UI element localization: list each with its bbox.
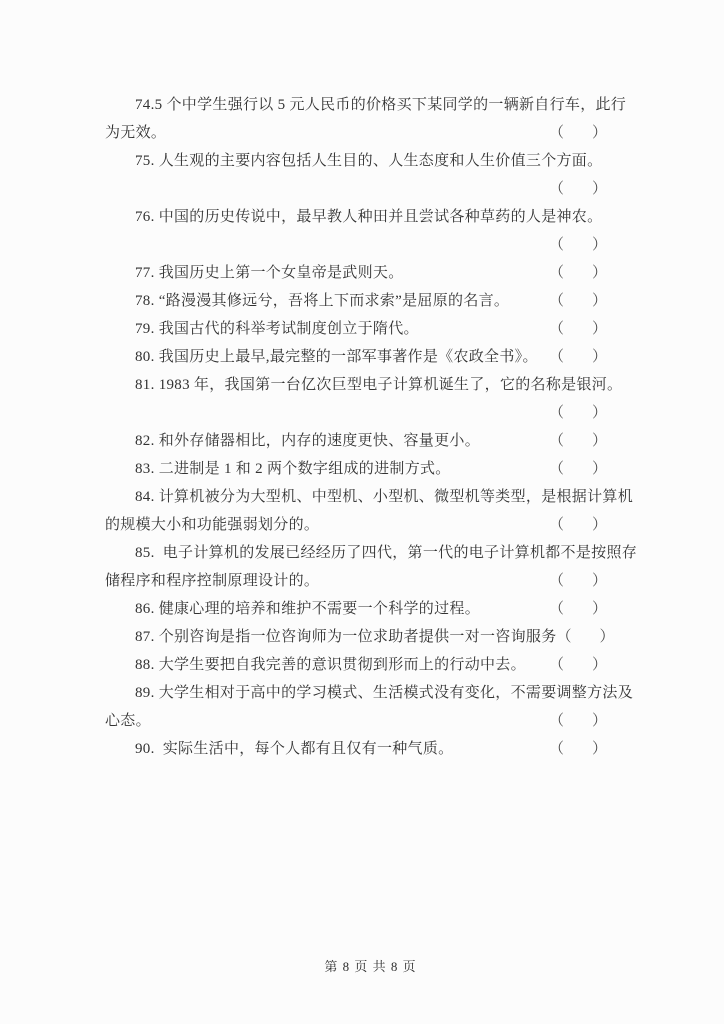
question-line: 81. 1983 年，我国第一台亿次巨型电子计算机诞生了，它的名称是银河。 [105,371,621,399]
paren-open: （ [549,231,564,259]
paren-open: （ [549,287,564,315]
question-text: 74.5 个中学生强行以 5 元人民币的价格买下某同学的一辆新自行车，此行 [105,91,626,119]
paren-close: ） [592,567,607,595]
answer-parens: （） [549,175,607,203]
questions-list: 74.5 个中学生强行以 5 元人民币的价格买下某同学的一辆新自行车，此行为无效… [105,91,621,763]
paren-open: （ [549,343,564,371]
question-text: 82. 和外存储器相比，内存的速度更快、容量更小。 [105,427,480,455]
question-line: 78. “路漫漫其修远兮，吾将上下而求索”是屈原的名言。（） [105,287,621,315]
paren-close: ） [592,287,607,315]
answer-parens: （） [549,651,607,679]
question-text: 为无效。 [105,119,166,147]
answer-parens: （） [549,595,607,623]
question-text: 89. 大学生相对于高中的学习模式、生活模式没有变化，不需要调整方法及 [105,679,633,707]
question-line: 75. 人生观的主要内容包括人生目的、人生态度和人生价值三个方面。 [105,147,621,175]
question-text: 的规模大小和功能强弱划分的。 [105,511,319,539]
question-line: 88. 大学生要把自我完善的意识贯彻到形而上的行动中去。（） [105,651,621,679]
paren-open: （ [549,259,564,287]
question-text: 86. 健康心理的培养和维护不需要一个科学的过程。 [105,595,480,623]
answer-parens: （） [549,427,607,455]
question-text: 79. 我国古代的科举考试制度创立于隋代。 [105,315,419,343]
question-line: （） [105,399,621,427]
paren-open: （ [549,735,564,763]
question-line: 79. 我国古代的科举考试制度创立于隋代。（） [105,315,621,343]
question-line: 储程序和程序控制原理设计的。（） [105,567,621,595]
answer-parens: （） [549,567,607,595]
paren-open: （ [549,399,564,427]
paren-open: （ [549,119,564,147]
question-line: 心态。（） [105,707,621,735]
question-text: 81. 1983 年，我国第一台亿次巨型电子计算机诞生了，它的名称是银河。 [105,371,622,399]
paren-open: （ [549,707,564,735]
answer-parens: （） [549,511,607,539]
paren-close: ） [592,455,607,483]
paren-close: ） [592,651,607,679]
question-line: 82. 和外存储器相比，内存的速度更快、容量更小。（） [105,427,621,455]
answer-parens: （） [549,399,607,427]
question-text: 87. 个别咨询是指一位咨询师为一位求助者提供一对一咨询服务 [105,623,557,651]
paren-close: ） [592,315,607,343]
question-text: 心态。 [105,707,151,735]
paren-close: ） [592,343,607,371]
paren-close: ） [592,399,607,427]
question-text: 78. “路漫漫其修远兮，吾将上下而求索”是屈原的名言。 [105,287,509,315]
question-line: 89. 大学生相对于高中的学习模式、生活模式没有变化，不需要调整方法及 [105,679,621,707]
question-text: 90. 实际生活中，每个人都有且仅有一种气质。 [105,735,453,763]
question-line: （） [105,231,621,259]
paren-open: （ [549,595,564,623]
paren-close: ） [592,735,607,763]
question-text: 75. 人生观的主要内容包括人生目的、人生态度和人生价值三个方面。 [105,147,602,175]
question-text: 84. 计算机被分为大型机、中型机、小型机、微型机等类型，是根据计算机 [105,483,633,511]
answer-parens: （） [549,315,607,343]
answer-parens: （） [557,623,615,651]
paren-open: （ [549,567,564,595]
question-line: 77. 我国历史上第一个女皇帝是武则天。（） [105,259,621,287]
paren-close: ） [592,511,607,539]
answer-parens: （） [549,735,607,763]
paren-close: ） [592,707,607,735]
page-number-text: 第 8 页 共 8 页 [324,959,416,974]
paren-open: （ [549,427,564,455]
question-line: 74.5 个中学生强行以 5 元人民币的价格买下某同学的一辆新自行车，此行 [105,91,621,119]
question-text: 88. 大学生要把自我完善的意识贯彻到形而上的行动中去。 [105,651,526,679]
paren-close: ） [592,175,607,203]
answer-parens: （） [549,343,607,371]
question-line: 86. 健康心理的培养和维护不需要一个科学的过程。（） [105,595,621,623]
paren-open: （ [549,315,564,343]
paren-open: （ [549,651,564,679]
answer-parens: （） [549,707,607,735]
paren-close: ） [592,595,607,623]
answer-parens: （） [549,259,607,287]
question-text: 80. 我国历史上最早,最完整的一部军事著作是《农政全书》。 [105,343,538,371]
answer-parens: （） [549,119,607,147]
question-line: 85. 电子计算机的发展已经经历了四代，第一代的电子计算机都不是按照存 [105,539,621,567]
question-line: 87. 个别咨询是指一位咨询师为一位求助者提供一对一咨询服务（） [105,623,621,651]
question-line: 83. 二进制是 1 和 2 两个数字组成的进制方式。（） [105,455,621,483]
question-line: 的规模大小和功能强弱划分的。（） [105,511,621,539]
answer-parens: （） [549,287,607,315]
question-text: 85. 电子计算机的发展已经经历了四代，第一代的电子计算机都不是按照存 [105,539,637,567]
question-line: （） [105,175,621,203]
paren-close: ） [592,231,607,259]
page-footer: 第 8 页 共 8 页 [0,940,724,991]
question-text: 83. 二进制是 1 和 2 两个数字组成的进制方式。 [105,455,451,483]
question-text: 储程序和程序控制原理设计的。 [105,567,319,595]
paren-open: （ [549,511,564,539]
question-line: 为无效。（） [105,119,621,147]
paren-close: ） [592,259,607,287]
question-line: 84. 计算机被分为大型机、中型机、小型机、微型机等类型，是根据计算机 [105,483,621,511]
answer-parens: （） [549,231,607,259]
question-line: 80. 我国历史上最早,最完整的一部军事著作是《农政全书》。（） [105,343,621,371]
paren-close: ） [600,623,615,651]
question-line: 76. 中国的历史传说中，最早教人种田并且尝试各种草药的人是神农。 [105,203,621,231]
paren-open: （ [549,175,564,203]
document-page: 74.5 个中学生强行以 5 元人民币的价格买下某同学的一辆新自行车，此行为无效… [0,0,724,1024]
question-text: 76. 中国的历史传说中，最早教人种田并且尝试各种草药的人是神农。 [105,203,602,231]
paren-open: （ [557,623,572,651]
paren-close: ） [592,427,607,455]
question-line: 90. 实际生活中，每个人都有且仅有一种气质。（） [105,735,621,763]
question-text: 77. 我国历史上第一个女皇帝是武则天。 [105,259,404,287]
paren-close: ） [592,119,607,147]
paren-open: （ [549,455,564,483]
answer-parens: （） [549,455,607,483]
